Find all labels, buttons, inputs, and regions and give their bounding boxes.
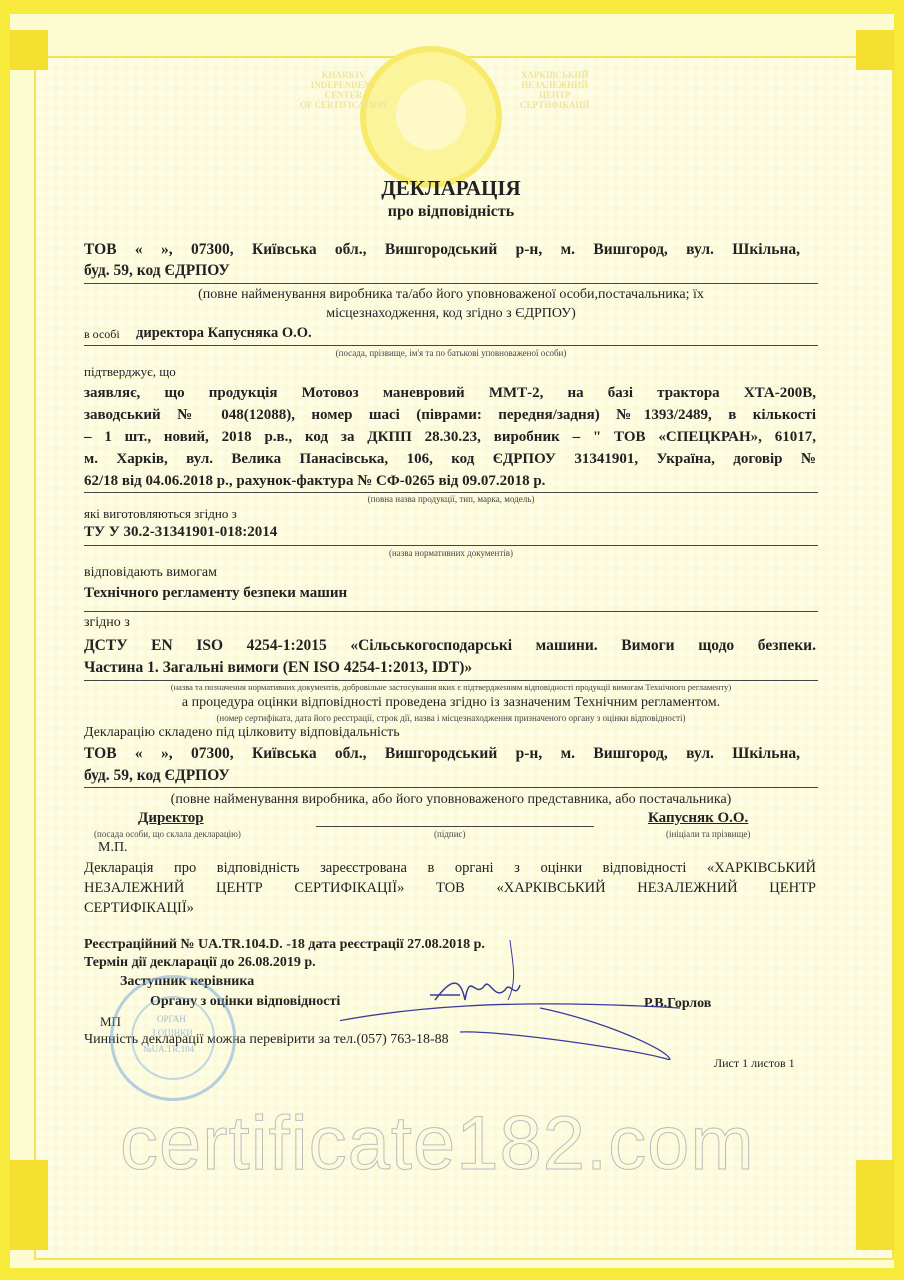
applicant-caption2: місцезнаходження, код згідно з ЄДРПОУ) (84, 306, 818, 322)
divider (84, 611, 818, 612)
according-line1: ДСТУ EN ISO 4254-1:2015 «Сільськогоспода… (84, 637, 816, 655)
product-caption: (повна назва продукції, тип, марка, моде… (84, 494, 818, 504)
product-line: 62/18 від 04.06.2018 р., рахунок-фактура… (84, 473, 545, 490)
product-line: заявляє, що продукція Мотовоз маневровий… (84, 385, 816, 402)
according-label: згідно з (84, 615, 130, 631)
procedure-caption: (номер сертифіката, дата його реєстрації… (84, 713, 818, 723)
divider (84, 345, 818, 346)
signature-scribble-icon (340, 940, 740, 1060)
requirements-value: Технічного регламенту безпеки машин (84, 585, 347, 602)
product-line: – 1 шт., новий, 2018 р.в., код за ДКПП 2… (84, 429, 816, 446)
emblem-text-left: KHARKIVINDEPENDENTCENTEROF CERTIFICATION (300, 70, 387, 110)
official-stamp-icon: ОРГАН З ОЦІНКИ №UA.TR.104 (110, 975, 236, 1101)
watermark-text: certificate182.com (120, 1100, 755, 1187)
represented-prefix: в особі (84, 327, 120, 342)
applicant-line2: буд. 59, код ЄДРПОУ (84, 262, 230, 280)
check-emblem-icon (360, 46, 502, 188)
signature-line (316, 826, 594, 827)
responsibility-label: Декларацію складено під цілковиту відпов… (84, 725, 400, 741)
responsibility-line2: буд. 59, код ЄДРПОУ (84, 767, 230, 785)
divider (84, 787, 818, 788)
product-line: заводський № 048(12088), номер шасі (пів… (84, 407, 816, 424)
corner-ornament (10, 30, 48, 70)
requirements-label: відповідають вимогам (84, 565, 217, 581)
registration-validity: Термін дії декларації до 26.08.2019 р. (84, 955, 316, 971)
represented-caption: (посада, прізвище, ім'я та по батькові у… (84, 348, 818, 358)
corner-ornament (856, 30, 894, 70)
registered-line3: СЕРТИФІКАЦІЇ» (84, 900, 194, 917)
manufactured-label: які виготовляються згідно з (84, 506, 237, 522)
confirms-label: підтверджує, що (84, 364, 176, 380)
procedure-text: а процедура оцінки відповідності проведе… (84, 695, 818, 711)
according-line2: Частина 1. Загальні вимоги (EN ISO 4254-… (84, 659, 472, 677)
signer-position: Директор (138, 810, 204, 827)
seal-label: М.П. (98, 840, 128, 856)
emblem-text-right: ХАРКІВСЬКИЙНЕЗАЛЕЖНИЙЦЕНТРСЕРТИФІКАЦІЇ (520, 70, 589, 110)
document-title: ДЕКЛАРАЦІЯ (84, 176, 818, 201)
signer-position-caption: (посада особи, що склала декларацію) (94, 829, 241, 839)
responsibility-line1: ТОВ « », 07300, Київська обл., Вишгородс… (84, 745, 800, 763)
divider (84, 283, 818, 284)
manufactured-value: ТУ У 30.2-31341901-018:2014 (84, 524, 277, 541)
registered-line1: Декларація про відповідність зареєстрова… (84, 860, 816, 877)
corner-ornament (856, 1160, 894, 1250)
signature-caption: (підпис) (434, 829, 466, 839)
document-subtitle: про відповідність (84, 203, 818, 221)
signer-name-caption: (ініціали та прізвище) (666, 829, 750, 839)
represented-value: директора Капусняка О.О. (136, 325, 312, 342)
manufactured-caption: (назва нормативних документів) (84, 548, 818, 558)
signer-name: Капусняк О.О. (648, 810, 748, 827)
divider (84, 545, 818, 546)
divider (84, 492, 818, 493)
according-caption: (назва та позначення нормативних докумен… (84, 682, 818, 692)
product-line: м. Харків, вул. Велика Панасівська, 106,… (84, 451, 816, 468)
applicant-line1: ТОВ « », 07300, Київська обл., Вишгородс… (84, 241, 800, 259)
applicant-caption1: (повне найменування виробника та/або йог… (84, 287, 818, 303)
registered-line2: НЕЗАЛЕЖНИЙ ЦЕНТР СЕРТИФІКАЦІЇ» ТОВ «ХАРК… (84, 880, 816, 897)
divider (84, 680, 818, 681)
responsibility-caption: (повне найменування виробника, або його … (84, 792, 818, 808)
corner-ornament (10, 1160, 48, 1250)
